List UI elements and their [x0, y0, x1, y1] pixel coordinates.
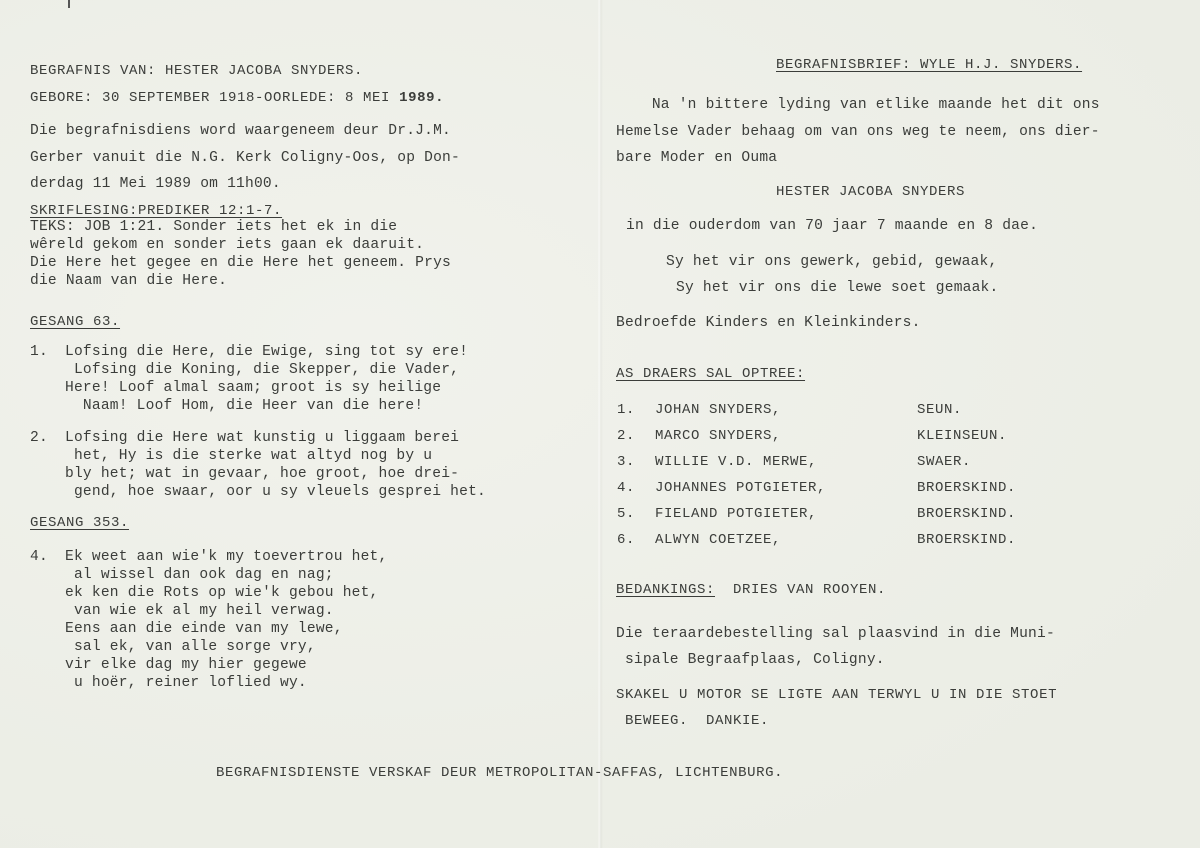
pallbearers-heading: AS DRAERS SAL OPTREE: [616, 367, 805, 381]
pallbearer-name: ALWYN COETZEE, [655, 533, 781, 547]
hymn-63-verse-1-number: 1. [30, 345, 48, 360]
hymn-63-verse-2-line-4: gend, hoe swaar, oor u sy vleuels gespre… [65, 485, 486, 500]
deceased-name: HESTER JACOBA SNYDERS [776, 185, 965, 199]
service-line-3: derdag 11 Mei 1989 om 11h00. [30, 177, 281, 192]
service-line-1: Die begrafnisdiens word waargeneem deur … [30, 124, 451, 139]
scan-speck [68, 0, 70, 8]
poem-line-2: Sy het vir ons die lewe soet gemaak. [676, 281, 998, 296]
hymn-63-heading: GESANG 63. [30, 315, 120, 329]
pallbearer-number: 3. [617, 455, 635, 469]
hymn-353-heading: GESANG 353. [30, 516, 129, 530]
funeral-services-footer: BEGRAFNISDIENSTE VERSKAF DEUR METROPOLIT… [216, 766, 783, 780]
hymn-63-verse-1-line-4: Naam! Loof Hom, die Heer van die here! [65, 399, 423, 414]
pallbearer-name: JOHAN SNYDERS, [655, 403, 781, 417]
hymn-63-verse-2-number: 2. [30, 431, 48, 446]
intro-line-3: bare Moder en Ouma [616, 151, 777, 166]
thanks-value: DRIES VAN ROOYEN. [733, 582, 886, 598]
scripture-heading: SKRIFLESING:PREDIKER 12:1-7. [30, 204, 282, 218]
scripture-line-4: die Naam van die Here. [30, 274, 227, 289]
pallbearer-name: MARCO SNYDERS, [655, 429, 781, 443]
thanks-line: BEDANKINGS: DRIES VAN ROOYEN. [616, 583, 886, 597]
dates-text: GEBORE: 30 SEPTEMBER 1918-OORLEDE: 8 MEI [30, 90, 399, 106]
hymn-353-line-2: al wissel dan ook dag en nag; [65, 568, 334, 583]
service-line-2: Gerber vanuit die N.G. Kerk Coligny-Oos,… [30, 151, 460, 166]
scripture-line-3: Die Here het gegee en die Here het genee… [30, 256, 451, 271]
pallbearer-name: JOHANNES POTGIETER, [655, 481, 826, 495]
pallbearer-relation: KLEINSEUN. [917, 429, 1007, 443]
notice-line-2: BEWEEG. DANKIE. [616, 714, 769, 728]
pallbearer-number: 2. [617, 429, 635, 443]
hymn-63-verse-1-line-3: Here! Loof almal saam; groot is sy heili… [65, 381, 441, 396]
pallbearer-number: 5. [617, 507, 635, 521]
pallbearer-number: 1. [617, 403, 635, 417]
pallbearer-relation: BROERSKIND. [917, 533, 1016, 547]
hymn-353-line-3: ek ken die Rots op wie'k gebou het, [65, 586, 379, 601]
burial-line-1: Die teraardebestelling sal plaasvind in … [616, 627, 1055, 642]
notice-line-1: SKAKEL U MOTOR SE LIGTE AAN TERWYL U IN … [616, 688, 1057, 702]
death-year: 1989. [399, 90, 444, 106]
hymn-353-line-6: sal ek, van alle sorge vry, [65, 640, 316, 655]
hymn-353-line-5: Eens aan die einde van my lewe, [65, 622, 343, 637]
thanks-label: BEDANKINGS: [616, 582, 715, 598]
pallbearer-name: WILLIE V.D. MERWE, [655, 455, 817, 469]
hymn-63-verse-2-line-3: bly het; wat in gevaar, hoe groot, hoe d… [65, 467, 459, 482]
hymn-63-verse-1-line-2: Lofsing die Koning, die Skepper, die Vad… [65, 363, 459, 378]
hymn-63-verse-1-line-1: Lofsing die Here, die Ewige, sing tot sy… [65, 345, 468, 360]
intro-line-1: Na 'n bittere lyding van etlike maande h… [616, 98, 1100, 113]
hymn-353-verse-4-number: 4. [30, 550, 48, 565]
pallbearer-relation: BROERSKIND. [917, 507, 1016, 521]
pallbearer-relation: SEUN. [917, 403, 962, 417]
letter-title: BEGRAFNISBRIEF: WYLE H.J. SNYDERS. [776, 58, 1082, 72]
pallbearer-name: FIELAND POTGIETER, [655, 507, 817, 521]
pallbearer-relation: SWAER. [917, 455, 971, 469]
hymn-63-verse-2-line-1: Lofsing die Here wat kunstig u liggaam b… [65, 431, 459, 446]
birth-death-dates: GEBORE: 30 SEPTEMBER 1918-OORLEDE: 8 MEI… [30, 91, 444, 105]
pallbearer-number: 6. [617, 533, 635, 547]
burial-line-2: sipale Begraafplaas, Coligny. [616, 653, 885, 668]
signoff: Bedroefde Kinders en Kleinkinders. [616, 316, 921, 331]
hymn-353-line-1: Ek weet aan wie'k my toevertrou het, [65, 550, 387, 565]
scanned-funeral-program: BEGRAFNIS VAN: HESTER JACOBA SNYDERS. GE… [0, 0, 1200, 848]
age-line: in die ouderdom van 70 jaar 7 maande en … [626, 219, 1038, 234]
hymn-353-line-8: u hoër, reiner loflied wy. [65, 676, 307, 691]
deceased-name-line: BEGRAFNIS VAN: HESTER JACOBA SNYDERS. [30, 64, 363, 78]
hymn-353-line-7: vir elke dag my hier gegewe [65, 658, 307, 673]
hymn-63-verse-2-line-2: het, Hy is die sterke wat altyd nog by u [65, 449, 432, 464]
pallbearer-relation: BROERSKIND. [917, 481, 1016, 495]
poem-line-1: Sy het vir ons gewerk, gebid, gewaak, [666, 255, 997, 270]
pallbearer-number: 4. [617, 481, 635, 495]
scripture-line-2: wêreld gekom en sonder iets gaan ek daar… [30, 238, 424, 253]
intro-line-2: Hemelse Vader behaag om van ons weg te n… [616, 125, 1100, 140]
hymn-353-line-4: van wie ek al my heil verwag. [65, 604, 334, 619]
scripture-line-1: TEKS: JOB 1:21. Sonder iets het ek in di… [30, 220, 397, 235]
